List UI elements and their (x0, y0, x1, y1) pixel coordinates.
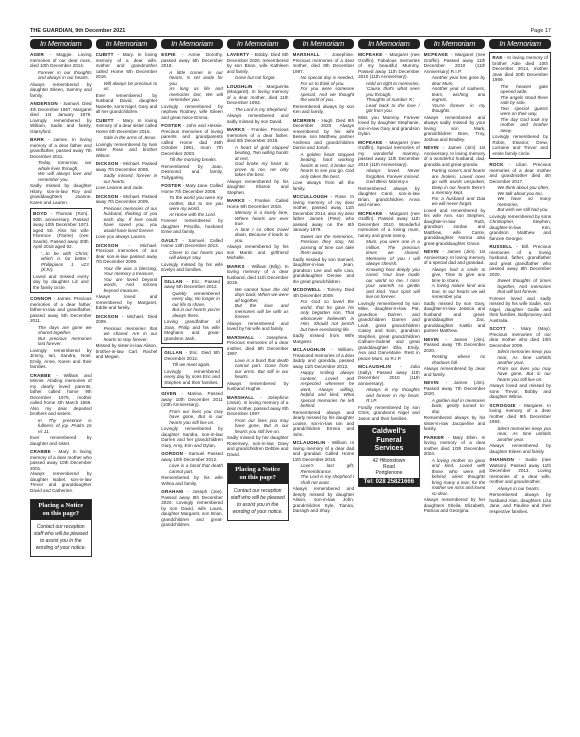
memoriam-entry: CUBITT - Mary. In loving memory of a dea… (96, 52, 158, 115)
entry-verse: Silent memories keep you near, As time u… (489, 426, 551, 443)
verse-line: A loving mother so good and kind, Loved … (430, 458, 486, 497)
verse-line: For a husband and Dad we will never forg… (430, 196, 486, 207)
entry-surname: MCPEAKE (358, 52, 382, 57)
memoriam-entry: MCLAUGHLIN - Julia (Sally). Passed away … (358, 364, 420, 421)
entry-verse: A heart of gold stopped beating, Two wil… (227, 145, 289, 178)
verse-line: A lane I so often travel down, Because i… (233, 227, 289, 244)
entry-verse: We cannot have the old days back, When w… (227, 287, 289, 320)
entry-surname: LAVERTY (227, 52, 250, 57)
verse-line: Hold on tight to memories, 'Cause that's… (364, 81, 420, 98)
entry-verse: '...to be with Christ; which is far bett… (33, 251, 89, 273)
entry-surname: MCPEAKE (358, 140, 382, 145)
verse-line: A heart of gold stopped beating, Two wil… (233, 145, 289, 162)
memoriam-entry: MARKS - Frankie. Called Home 6th Decembe… (227, 198, 289, 261)
entry-text: - Joseph (Joe). Passed away 8th December… (161, 489, 223, 527)
memoriam-entry: CRABBE - Mary. In loving memory of a dea… (30, 449, 92, 493)
entry-verse: Love's last gift, Remembrance.The Lord i… (293, 463, 355, 485)
memoriam-entry: LAVERTY - Bobby. Died 8th December 2020,… (227, 52, 289, 81)
entry-verse: Silent memories keep you near, As time u… (489, 349, 551, 382)
entry-verse: A loving mother so good and kind, Loved … (424, 458, 486, 497)
entry-surname: MARSHALL (227, 335, 254, 340)
memoriam-entry: DICKSON - Michael. Died 2009.Precious me… (96, 314, 158, 360)
verse-line: Sweet are the memories, Precious they st… (299, 234, 355, 256)
memoriam-entry: AGER - Maggie. Loving memories of our de… (30, 52, 92, 98)
verse-line: But the love and memories will be with u… (233, 303, 289, 320)
entry-surname: DICKSON (96, 194, 119, 199)
verse-line: In Thy presence is fullness of joy. Psal… (36, 418, 92, 435)
entry-surname: ANDERSON (30, 101, 58, 106)
entry-signoff: Remembered always by his sister-in-law J… (424, 415, 486, 432)
verse-line: Safe in the arms of Jesus. (102, 135, 158, 141)
entry-signoff: Love always from all the family. (293, 180, 355, 191)
verse-line: Another year has gone by dear Mum, (430, 75, 486, 86)
entry-surname: RUSSELL (489, 244, 512, 249)
placing-notice-box: Placing a Noticeon this page?Contact our… (227, 463, 289, 521)
entry-signoff: Lovingly remembered by son Mike, daughte… (358, 301, 420, 362)
verse-line: We have so many memories, (495, 196, 551, 207)
memoriam-entry: MCDOWELL - Tommy. Died 4th December 2009… (293, 287, 355, 344)
entry-signoff: Lovingly missed by his wife Evelyn and f… (161, 262, 223, 273)
ad-title-2: Funeral (361, 437, 417, 446)
verse-line: But wish we still had you. (495, 207, 551, 213)
memoriam-entry: MCCULLOUGH - Rose. In loving memory of m… (293, 194, 355, 284)
entry-text: - Samuel. Died 4th December 1967, Margar… (30, 101, 92, 134)
entry-surname: NEVIN (424, 249, 439, 254)
entry-surname: MARKS (227, 127, 245, 132)
entry-surname: BARR (30, 137, 44, 142)
entry-verse: Always loved. Never forgotten. Forever m… (358, 168, 420, 185)
verse-line: Happy smiling always content, Loved and … (299, 370, 355, 409)
memoriam-entry: MCPEAKE - Margaret (nee Graffin). Passed… (424, 52, 486, 142)
entry-surname: FOSTER (161, 123, 181, 128)
entry-signoff: Always remembered and sadly missed by so… (227, 113, 289, 124)
memoriam-entry: DICKSON - Michael. Passed away 7th Decem… (96, 161, 158, 191)
section-header: In Memoriam (489, 39, 551, 49)
notice-title-2: on this page? (230, 474, 286, 482)
entry-verse: To the world you were my mother, But to … (161, 195, 223, 217)
verse-line: To the world you were my mother, But to … (167, 195, 223, 212)
entry-signoff: Loved and remembered by his wife Ann, so… (424, 208, 486, 247)
entry-surname: MARKS (227, 264, 245, 269)
entry-surname: RAE (492, 55, 502, 60)
verse-line: For God so loved the world, that he gave… (299, 299, 355, 332)
entry-verse: Till we meet again. (164, 362, 220, 368)
entry-verse: Another year has gone by dear Mum,Anothe… (424, 75, 486, 114)
entry-verse: Forever in our thoughts and always in ou… (30, 70, 92, 81)
entry-surname: GORDON (161, 451, 183, 456)
section-header: In Memoriam (227, 39, 289, 49)
memoriam-entry: MARKS - William (Billy). In loving memor… (227, 264, 289, 332)
entry-signoff: Lovingly remembered by twin sister Rose … (96, 142, 158, 159)
verse-line: Precious memories that we shared. Are in… (102, 326, 158, 343)
entry-verse: Hold on tight to memories, 'Cause that's… (358, 81, 420, 114)
verse-line: The Lord is my Shepherd. (233, 107, 289, 113)
entry-surname: ESPIE (161, 52, 176, 57)
entry-signoff: Always remembered by her daughters Sheil… (424, 497, 486, 514)
entry-verse: Always in our hearts. (489, 486, 551, 492)
column-4: In MemoriamLAVERTY - Bobby. Died 8th Dec… (227, 39, 289, 737)
notice-body: Contact our reception staff who will be … (31, 520, 91, 556)
verse-line: The angels stood there side by side, (498, 95, 548, 106)
memoriam-entry: BARR - James. In loving memory of a dear… (30, 137, 92, 205)
ad-phone: Tel: 028 25821666 (359, 478, 419, 486)
entry-signoff: Remembered by Joan, Desmond and family, … (161, 164, 223, 181)
column-8: In MemoriamRAE - In loving memory of bro… (489, 39, 551, 737)
column-7: In MemoriamMCPEAKE - Margaret (nee Graff… (424, 39, 486, 737)
entry-surname: NEVIN (424, 145, 439, 150)
entry-signoff: Forever remembered by daughter Priscilla… (161, 218, 223, 235)
verse-line: Always loved. Never forgotten. Forever m… (364, 168, 420, 185)
verse-line: Love's last gift, Remembrance. (299, 463, 355, 474)
verse-line: Always in our hearts. (495, 486, 551, 492)
entry-signoff: Remembered always and dearly missed by h… (293, 410, 355, 438)
entry-surname: CUBITT (96, 52, 114, 57)
verse-line: Memory is a lovely lane, Where hearts ar… (233, 210, 289, 227)
column-2: In MemoriamCUBITT - Mary. In loving memo… (96, 39, 158, 737)
memoriam-entry: GILLAN - Eric. Died 5th December 2012.Ti… (161, 347, 223, 388)
verse-line: We think about you often, (495, 185, 551, 191)
entry-text: - William and Minnie. Abiding memories o… (30, 373, 92, 417)
entry-verse: Always in my thoughts and forever in my … (358, 387, 420, 404)
entry-verse: Today, tomorrow, our whole lives through… (30, 160, 92, 182)
entry-verse: The heaven gate opened wide,The angels s… (492, 84, 548, 134)
memoriam-entry: CONNOR - James. Precious memories of a d… (30, 296, 92, 370)
section-header: In Memoriam (30, 39, 92, 49)
verse-line: Always had a smile to give, Time to give… (430, 267, 486, 284)
verse-line: Silent memories keep you near, As time u… (495, 349, 551, 366)
entry-verse: Love is a bond that death cannot part. (161, 463, 223, 474)
entry-surname: MCCULLOUGH (293, 194, 328, 199)
memoriam-entry: NEVIN - James (Jim). Passed away 7th Dec… (424, 380, 486, 432)
entry-signoff: Always remembered and always sadly misse… (424, 115, 486, 143)
entry-verse: The days are gone we shared together,But… (30, 325, 92, 347)
memoriam-entry: MCLAUGHLIN - William. In loving memory o… (293, 440, 355, 514)
entry-verse: Safe in the arms of Jesus. (96, 135, 158, 141)
memoriam-entry: SCROGGIE - Margaret. In loving memory of… (489, 403, 551, 455)
entry-signoff: Lovingly remembered by Robin, Eleanor, D… (492, 134, 548, 156)
verse-line: Always in my thoughts and forever in my … (364, 387, 420, 404)
entry-signoff: Always remembered by daughter Isabel, so… (30, 471, 92, 493)
column-3: In MemoriamESPIE - Annie Dorothy, passed… (161, 39, 223, 737)
verse-line: Sadly missed, forever in our hearts. (102, 173, 158, 184)
verse-line: Silent memories keep you near, As time u… (495, 426, 551, 443)
verse-line: The heaven gate opened wide, (498, 84, 548, 95)
memoriam-entry: RUSSELL - Bill. Precious memories of a l… (489, 244, 551, 323)
entry-signoff: Ever remembered by husband David, daught… (96, 93, 158, 115)
page-number: Page 17 (531, 28, 552, 34)
entry-signoff: Forever loved and sadly missed by his wi… (489, 296, 551, 324)
entry-verse: Love is a bond that death cannot part. G… (227, 358, 289, 380)
verse-line: No special day is needed, For us to thin… (299, 75, 355, 86)
memoriam-entry: NEVIN - James (Jim). Passed away 7th Dec… (424, 337, 486, 378)
entry-surname: ROCK (489, 162, 503, 167)
verse-line: We cannot have the old days back, When w… (233, 287, 289, 304)
entry-verse: Sweet are the memories, Precious they st… (293, 234, 355, 256)
entry-verse: We think about you often,We talk about y… (489, 185, 551, 213)
entry-verse: Your life was a blessing, Your memory a … (96, 266, 158, 294)
verse-line: A golden leaf in memories back, gently t… (430, 398, 486, 415)
entry-verse: In Thy presence is fullness of joy. Psal… (30, 418, 92, 435)
entry-signoff: Loved and missed every day by daughter L… (33, 274, 89, 291)
entry-surname: PARKER (424, 435, 444, 440)
entry-surname: GILLAN (164, 350, 182, 355)
entry-surname: MCPEAKE (358, 211, 382, 216)
memoriam-entry: GIVEN - Marina. Passed away 10th Decembe… (161, 391, 223, 448)
entry-verse: Always had a smile to give, Time to give… (424, 267, 486, 300)
entry-verse: Till the morning breaks. (161, 157, 223, 163)
entry-signoff: Sadly missed by daughter Hilary, son-in-… (30, 183, 92, 205)
entry-surname: CONNOR (30, 296, 52, 301)
entry-surname: MCDOWELL (293, 287, 322, 292)
ad-title: Caldwell's (361, 428, 417, 437)
entry-signoff: Loving grandfather of Joan, Philip and h… (164, 319, 220, 341)
entry-surname: GILLAN (164, 279, 182, 284)
verse-line: You are loved beyond words, And missed b… (102, 277, 158, 294)
verse-line: Two special guests were on their way, (498, 106, 548, 117)
notice-title: Placing a Notice (33, 502, 89, 510)
entry-signoff: Remembered always by husband Alan, daugh… (489, 492, 551, 514)
verse-line: Precious memories of our husband, thinki… (102, 206, 158, 234)
entry-surname: MCLAUGHLIN (293, 347, 326, 352)
entry-signoff: Always loved and remembered by Margaret,… (96, 294, 158, 311)
verse-line: Thoughts of number 'K', (364, 97, 420, 103)
columns: In MemoriamAGER - Maggie. Loving memorie… (30, 39, 551, 737)
entry-signoff: Remembered always by son Ken and family. (293, 104, 355, 115)
verse-line: A little corner in our hearts, Is set as… (167, 70, 223, 87)
entry-signoff: Love Leanne and Jude. (96, 185, 158, 191)
entry-surname: BOYD (33, 211, 47, 216)
memoriam-entry: CUBITT - Mary. In loving memory of a dea… (96, 118, 158, 159)
verse-line: The day God took my mother and brother a… (498, 117, 548, 134)
entry-verse: For God so loved the world, that he gave… (293, 299, 355, 332)
verse-line: Your life was a blessing, Your memory a … (102, 266, 158, 277)
paper-dateline: THE GUARDIAN, 9th December 2021 (30, 28, 125, 34)
verse-line: Will always be precious to us. (102, 81, 158, 92)
entry-verse: A golden heart stopped beating, hard wor… (293, 152, 355, 180)
memoriam-entry: MARKS - Frankie. Precious memories of a … (227, 127, 289, 195)
column-5: In MemoriamMARSHALL - Josephine. Preciou… (293, 39, 355, 737)
verse-line: Today, tomorrow, our whole lives through… (36, 160, 92, 171)
memoriam-entry: GORDON - Samuel. Passed away 10th Decemb… (161, 451, 223, 486)
verse-line: Till the morning breaks. (167, 157, 223, 163)
entry-verse: Happy smiling always content, Loved and … (293, 370, 355, 409)
entry-text: - Thomas (Tom). 50th anniversary. Passed… (33, 211, 89, 249)
entry-verse: A little corner in our hearts, Is set as… (161, 70, 223, 103)
entry-surname: NEVIN (424, 337, 439, 342)
verse-line: Till we meet again. (170, 362, 220, 368)
entry-signoff: Lovingly remembered by Jimmy, Ian, Sandr… (30, 348, 92, 370)
memoriam-entry: MCLAUGHLIN - William. Treasured memories… (293, 347, 355, 437)
ad-address-3: Portglenone (361, 470, 417, 476)
entry-surname: CRABBE (30, 449, 51, 454)
entry-verse: Memory is a lovely lane, Where hearts ar… (227, 210, 289, 243)
column-6: In MemoriamMCPEAKE - Margaret (nee Graff… (358, 39, 420, 737)
entry-surname: SCROGGIE (489, 403, 515, 408)
verse-line: Love is a bond that death cannot part. (167, 463, 223, 474)
verse-line: From our lives you may have gone, But in… (495, 366, 551, 383)
caldwells-funeral-ad: Caldwell'sFuneralServices42 HiltonstownR… (358, 425, 420, 487)
verse-line: A loving nature kind and true, In our he… (430, 283, 486, 300)
entry-signoff: Lovingly remembered by sons Christopher,… (489, 214, 551, 242)
entry-surname: NEVIN (424, 380, 439, 385)
entry-surname: DICKSON (96, 161, 119, 166)
entry-signoff: Miss you Mummy. Forever loved by daughte… (358, 115, 420, 137)
section-header: In Memoriam (293, 39, 355, 49)
verse-line: The Lord is my shepherd I shall not want… (299, 474, 355, 485)
memoriam-entry: RAE - In loving memory of brother Adie d… (489, 52, 551, 159)
verse-line: Sweet thoughts of times together, And me… (495, 278, 551, 295)
verse-line: Quietly remembered every day, No longer … (170, 291, 220, 308)
entry-surname: GIVEN (161, 391, 176, 396)
verse-line: Lead back to the love / got from you. (364, 103, 420, 114)
entry-signoff: Always remembered by Jean and family. (424, 366, 486, 377)
entry-surname: CUBITT (96, 118, 114, 123)
entry-surname: MCPEAKE (424, 52, 448, 57)
verse-line: At Home with the Lord. (167, 212, 223, 218)
verse-line: Another year of sadness, tears, wishing … (430, 86, 486, 103)
memoriam-entry: ESPIE - Annie Dorothy, passed away 6th D… (161, 52, 223, 120)
entry-surname: FOSTER (161, 183, 181, 188)
memoriam-entry: CRABBE - William and Minnie. Abiding mem… (30, 373, 92, 447)
section-header: In Memoriam (358, 39, 420, 49)
entry-signoff: Sadly missed by her daughter Rosemary, s… (227, 435, 289, 457)
memoriam-entry: DICKSON - Michael. Passed away 7th Decem… (96, 194, 158, 240)
entry-surname: MARSHALL (227, 395, 254, 400)
entry-verse: The Lord is my Shepherd. (227, 107, 289, 113)
memoriam-entry: MCPEAKE - Margaret (nee Graffin). Passed… (358, 211, 420, 362)
memoriam-entry: MARSHALL - Josephine. Precious memories … (227, 335, 289, 392)
verse-line: Closer to our hearts you will always sta… (167, 250, 223, 261)
notice-body: Contact our reception staff who will be … (228, 484, 288, 520)
section-header: In Memoriam (96, 39, 158, 49)
memoriam-entry: GILLAN - Eric. Passed away 5th December … (161, 276, 223, 345)
entry-verse: No special day is needed, For us to thin… (293, 75, 355, 103)
entry-verse: Precious memories that we shared. Are in… (96, 326, 158, 343)
memoriam-entry: MCPEAKE - Margaret (nee Graffin). Fabulo… (358, 52, 420, 137)
entry-signoff: Always loved and missed by sons Trevor, … (489, 383, 551, 400)
entry-verse: Precious memories of our husband, thinki… (96, 206, 158, 234)
entry-surname: SHANNON (489, 457, 514, 462)
entry-surname: AGER (30, 52, 44, 57)
memoriam-entry: FOSTER - Mary Jane. Called Home 7th Dece… (161, 183, 223, 235)
verse-line: Knowing how deeply you cared. Your love … (364, 267, 420, 300)
entry-signoff: Lovingly remembered by nephew Rodney, wi… (161, 104, 223, 121)
entry-signoff: Sadly missed by son Gary, daughter-in-la… (424, 301, 486, 334)
verse-line: A golden heart stopped beating, hard wor… (299, 152, 355, 180)
memoriam-entry: FOSTER - John and Hessie. Precious memor… (161, 123, 223, 180)
notice-title-2: on this page? (33, 510, 89, 518)
verse-line: We will always love and remember you. (36, 171, 92, 182)
entry-verse: Sweet thoughts of times together, And me… (489, 278, 551, 295)
entry-surname: DICKSON (96, 243, 119, 248)
memoriam-entry: GRAHAM - Joseph (Joe). Passed away 8th D… (161, 489, 223, 528)
entry-signoff: Remembered always by daughter Carol, son… (358, 186, 420, 208)
entry-verse: Quietly remembered every day, No longer … (164, 291, 220, 319)
entry-surname: GRAHAM (161, 489, 183, 494)
entry-signoff: Always remembered by his daughter Sharon… (227, 179, 289, 196)
entry-verse: Mum, you were one in a million. The prec… (358, 239, 420, 300)
memoriam-entry: NEVIN - James (Jim). 1st Anniversary. In… (424, 249, 486, 334)
entry-verse: From our lives you may have gone, But in… (161, 409, 223, 426)
entry-surname: DICKSON (96, 314, 119, 319)
entry-verse: Resting where no shadows fall. (424, 354, 486, 365)
verse-line: God broke my heart to prove to me, He on… (233, 161, 289, 178)
memoriam-entry: MCPEAKE - Margaret (nee Graffin). Specia… (358, 140, 420, 208)
entry-surname: GAULT (161, 238, 177, 243)
verse-line: As long as life and memories last, We wi… (167, 86, 223, 103)
entry-text: - Hugh. Died 9th December 2020. Always r… (293, 118, 355, 151)
verse-line: But in our hearts you're always there. (170, 307, 220, 318)
column-1: In MemoriamAGER - Maggie. Loving memorie… (30, 39, 92, 737)
memoriam-entry: LOUGHLIN - Marguerita (Margaret). In lov… (227, 84, 289, 125)
entry-text: - Rose. In loving memory of my dear moth… (293, 194, 355, 232)
memoriam-entry: ROCK - Lilian. Precious memories of a de… (489, 162, 551, 241)
entry-verse: Parting come's and hearts are broken, Lo… (424, 168, 486, 207)
entry-text: - John and Hessie. Precious memories of … (161, 123, 223, 156)
entry-signoff: Always remembered by his son Martin and … (227, 244, 289, 261)
entry-surname: MARSHALL (293, 52, 320, 57)
entry-verse: Closer to our hearts you will always sta… (161, 250, 223, 261)
entry-signoff: Remembered by his wife Wilma and family. (161, 475, 223, 486)
entry-surname: MCLAUGHLIN (358, 364, 391, 369)
entry-signoff: Missed by sister-in-law Alison, brother-… (96, 343, 158, 360)
entry-surname: CRABBE (30, 373, 51, 378)
verse-line: The days are gone we shared together, (36, 325, 92, 336)
entry-signoff: Ever remembered by daughter and sister. (30, 435, 92, 446)
verse-line: For you were someone special, And we tho… (299, 86, 355, 103)
verse-line: Mum, you were one in a million. The prec… (364, 239, 420, 267)
entry-signoff: Lovingly remembered by daughter Sandra, … (161, 426, 223, 448)
memoriam-entry: NEVIN - James (Jim) 1st Anniversary. In … (424, 145, 486, 246)
memoriam-entry: SHANNON - Sadie (nee Watson). Passed awa… (489, 457, 551, 514)
section-header: In Memoriam (424, 39, 486, 49)
verse-line: Resting where no shadows fall. (430, 354, 486, 365)
memoriam-entry: BOYD - Thomas (Tom). 50th anniversary. P… (30, 208, 92, 293)
notice-title: Placing a Notice (230, 466, 286, 474)
entry-signoff: Always remembered by daughter Eileen, Sa… (30, 82, 92, 99)
entry-verse: From our lives you may have gone, But in… (227, 418, 289, 435)
verse-line: Forever in our thoughts and always in ou… (36, 70, 92, 81)
entry-surname: MCLAUGHLIN (293, 440, 326, 445)
entry-signoff: Sadly missed from Wife Margaret. (293, 333, 355, 344)
memoriam-entry: ANDERSON - Samuel. Died 4th December 196… (30, 101, 92, 134)
memoriam-entry: MCBRIEN - Hugh. Died 9th December 2020. … (293, 118, 355, 192)
verse-line: '...to be with Christ; which is far bett… (39, 251, 89, 273)
memoriam-entry: PARKER - Mary Ellen. In loving memory of… (424, 435, 486, 514)
masthead-rule (30, 36, 551, 37)
entry-signoff: Love you always Lauren. (96, 234, 158, 240)
memoriam-entry: DICKSON - Michael. Precious memories of … (96, 243, 158, 311)
entry-verse: Sadly missed, forever in our hearts. (96, 173, 158, 184)
entry-signoff: Lovingly remembered every day by sons Er… (164, 369, 220, 386)
verse-line: You're forever in my thoughts. (430, 103, 486, 114)
section-header: In Memoriam (161, 39, 223, 49)
memoriam-entry: MARSHALL - Josephine. Precious memories … (293, 52, 355, 115)
entry-surname: MCBRIEN (293, 118, 316, 123)
entry-verse: Will always be precious to us. (96, 81, 158, 92)
entry-surname: MARKS (227, 198, 245, 203)
verse-line: But precious memories last forever. (36, 336, 92, 347)
entry-signoff: Always remembered and loved by his wife … (227, 321, 289, 332)
entry-signoff: Sadly missed by son Samuel, daughter-in-… (293, 257, 355, 285)
placing-notice-box: Placing a Noticeon this page?Contact our… (30, 499, 92, 557)
verse-line: From our lives you may have gone, But in… (233, 418, 289, 435)
entry-surname: SCOTT (489, 326, 506, 331)
memoriam-entry: SCOTT - Mary (May). Precious memories of… (489, 326, 551, 400)
entry-text: - Bill. Precious memories of a loving hu… (489, 244, 551, 277)
memoriam-entry: GAULT - Samuel. Called Home 13th Decembe… (161, 238, 223, 273)
verse-line: Gone but not forgot. (233, 75, 289, 81)
